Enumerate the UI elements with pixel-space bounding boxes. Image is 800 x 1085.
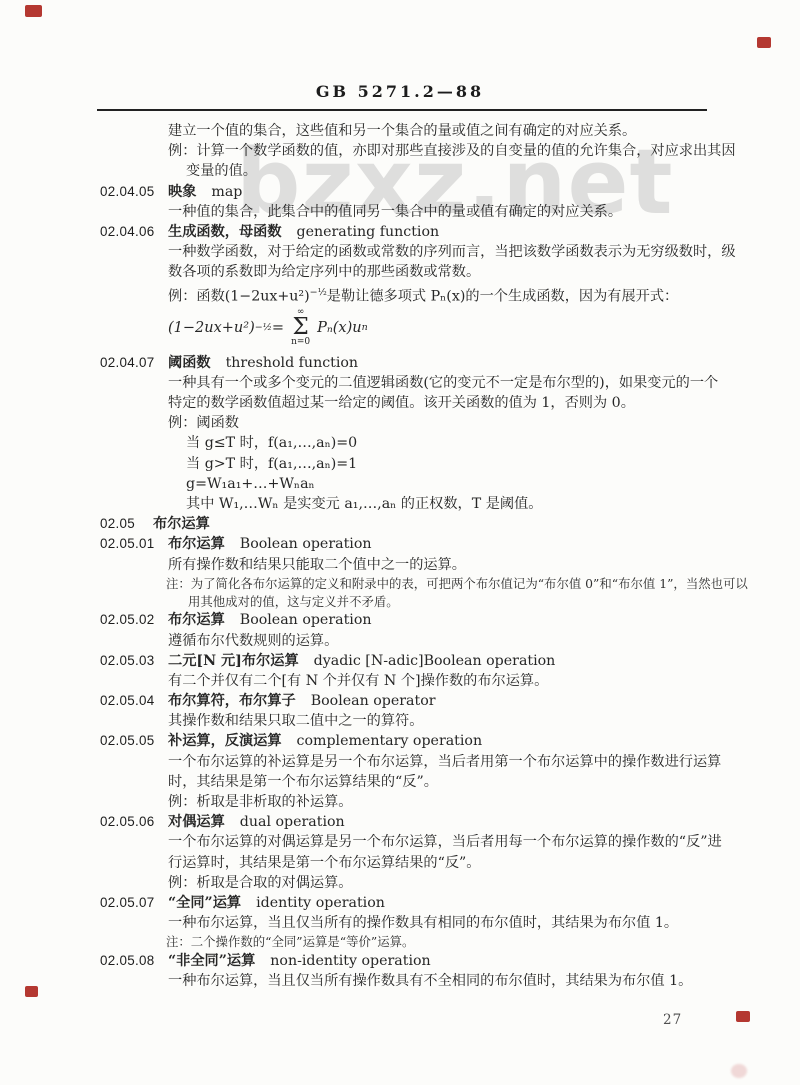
term-zh: 生成函数，母函数 [168, 224, 282, 240]
formula-rhs: Pₙ(x)u [317, 320, 361, 336]
term-en: Boolean operation [240, 536, 372, 552]
equals-sign: = [272, 320, 284, 336]
term-en: generating function [297, 224, 440, 240]
term-zh: “全同”运算 [168, 895, 241, 911]
equation-line: 当 g>T 时，f(a₁,…,aₙ)=1 [100, 454, 714, 474]
body-line: 一种数学函数，对于给定的函数或常数的序列而言，当把该数学函数表示为无穷级数时，级 [100, 242, 714, 262]
term-en: identity operation [256, 895, 385, 911]
body-line: 一个布尔运算的补运算是另一个布尔运算，当后者用第一个布尔运算中的操作数进行运算 [100, 752, 714, 772]
term-zh: 补运算，反演运算 [168, 733, 282, 749]
example-line: 例：析取是非析取的补运算。 [100, 792, 714, 812]
term-row: 02.05.08“非全同”运算non-identity operation [100, 951, 714, 971]
sigma-symbol: Σ [292, 317, 308, 338]
example-line: 变量的值。 [100, 161, 714, 181]
red-mark-top-left [25, 5, 42, 17]
formula-exponent: −½ [255, 322, 272, 333]
body-line: 数各项的系数即为给定序列中的那些函数或常数。 [100, 262, 714, 282]
terms-content: 建立一个值的集合，这些值和另一个集合的量或值之间有确定的对应关系。例：计算一个数… [100, 121, 714, 992]
body-line: 一个布尔运算的对偶运算是另一个布尔运算，当后者用每一个布尔运算的操作数的“反”进 [100, 832, 714, 852]
term-row: 02.05.07“全同”运算identity operation [100, 893, 714, 913]
red-mark-bottom-left [25, 986, 38, 997]
term-zh: 布尔算符，布尔算子 [168, 693, 296, 709]
body-line: 特定的数学函数值超过某一给定的阈值。该开关函数的值为 1，否则为 0。 [100, 393, 714, 413]
formula-equation: (1−2ux+u²)−½ = ∞Σn=0Pₙ(x)un [100, 303, 714, 353]
document-page: bzxz.net GB 5271.2—88 建立一个值的集合，这些值和另一个集合… [0, 0, 800, 1085]
page-number: 27 [663, 1012, 682, 1028]
section-row: 02.05布尔运算 [100, 514, 714, 534]
entry-number: 02.04.06 [100, 222, 168, 242]
entry-number: 02.04.07 [100, 353, 168, 373]
body-line: 一种布尔运算，当且仅当所有操作数具有不全相同的布尔值时，其结果为布尔值 1。 [100, 971, 714, 991]
entry-number: 02.05.07 [100, 893, 168, 913]
body-line: 所有操作数和结果只能取二个值中之一的运算。 [100, 555, 714, 575]
scan-smudge [731, 1064, 747, 1078]
body-line: 一种具有一个或多个变元的二值逻辑函数(它的变元不一定是布尔型的)，如果变元的一个 [100, 373, 714, 393]
example-line: 例：析取是合取的对偶运算。 [100, 873, 714, 893]
sigma-sum: ∞Σn=0 [291, 308, 310, 347]
body-line: 时，其结果是第一个布尔运算结果的“反”。 [100, 772, 714, 792]
term-zh: 二元[N 元]布尔运算 [168, 653, 299, 669]
term-row: 02.05.06对偶运算dual operation [100, 812, 714, 832]
term-zh: 布尔运算 [168, 536, 225, 552]
term-row: 02.04.07阈函数threshold function [100, 353, 714, 373]
formula-rhs-exponent: n [362, 322, 368, 333]
term-en: dyadic [N-adic]Boolean operation [314, 653, 556, 669]
red-mark-top-right [757, 37, 771, 48]
body-line: 一种值的集合，此集合中的值同另一集合中的量或值有确定的对应关系。 [100, 202, 714, 222]
term-zh: 映象 [168, 184, 196, 200]
note-line: 注：二个操作数的“全同”运算是“等价”运算。 [100, 933, 714, 951]
entry-number: 02.04.05 [100, 182, 168, 202]
entry-number: 02.05.06 [100, 812, 168, 832]
entry-number: 02.05.02 [100, 610, 168, 630]
term-row: 02.05.05补运算，反演运算complementary operation [100, 731, 714, 751]
note-line: 注：为了简化各布尔运算的定义和附录中的表，可把两个布尔值记为“布尔值 0”和“布… [100, 575, 714, 593]
term-en: non-identity operation [270, 953, 430, 969]
example-line: 例：计算一个数学函数的值，亦即对那些直接涉及的自变量的值的允许集合，对应求出其因 [100, 141, 714, 161]
example-line: 例：函数(1−2ux+u²)−½是勒让德多项式 Pₙ(x)的一个生成函数，因为有… [100, 283, 714, 303]
term-en: map [211, 184, 242, 200]
term-zh: 布尔运算 [168, 612, 225, 628]
equation-line: 当 g≤T 时，f(a₁,…,aₙ)=0 [100, 433, 714, 453]
section-title: 布尔运算 [153, 516, 210, 532]
term-row: 02.04.06生成函数，母函数generating function [100, 222, 714, 242]
body-line: 遵循布尔代数规则的运算。 [100, 631, 714, 651]
header-rule [97, 109, 707, 111]
standard-code-header: GB 5271.2—88 [0, 82, 800, 101]
term-en: threshold function [226, 355, 359, 371]
term-zh: 阈函数 [168, 355, 211, 371]
red-mark-bottom-right [736, 1011, 750, 1022]
entry-number: 02.05.01 [100, 534, 168, 554]
term-en: Boolean operation [240, 612, 372, 628]
entry-number: 02.05.03 [100, 651, 168, 671]
sigma-lower-limit: n=0 [291, 338, 310, 347]
body-line: 建立一个值的集合，这些值和另一个集合的量或值之间有确定的对应关系。 [100, 121, 714, 141]
term-en: Boolean operator [311, 693, 436, 709]
example-line: 例：阈函数 [100, 413, 714, 433]
term-zh: “非全同”运算 [168, 953, 255, 969]
body-line: 一种布尔运算，当且仅当所有的操作数具有相同的布尔值时，其结果为布尔值 1。 [100, 913, 714, 933]
body-line: 其操作数和结果只取二值中之一的算符。 [100, 711, 714, 731]
term-en: dual operation [240, 814, 345, 830]
note-line: 用其他成对的值，这与定义并不矛盾。 [100, 593, 714, 611]
term-row: 02.05.03二元[N 元]布尔运算dyadic [N-adic]Boolea… [100, 651, 714, 671]
inline-exponent: −½ [310, 287, 327, 298]
body-line: 行运算时，其结果是第一个布尔运算结果的“反”。 [100, 853, 714, 873]
entry-number: 02.05 [100, 514, 135, 534]
body-line: 有二个并仅有二个[有 N 个并仅有 N 个]操作数的布尔运算。 [100, 671, 714, 691]
equation-line: g=W₁a₁+…+Wₙaₙ [100, 474, 714, 494]
formula-lhs: (1−2ux+u²) [168, 320, 255, 336]
term-row: 02.05.01布尔运算Boolean operation [100, 534, 714, 554]
term-row: 02.04.05映象map [100, 182, 714, 202]
term-zh: 对偶运算 [168, 814, 225, 830]
equation-line: 其中 W₁,…Wₙ 是实变元 a₁,…,aₙ 的正权数，T 是阈值。 [100, 494, 714, 514]
term-row: 02.05.04布尔算符，布尔算子Boolean operator [100, 691, 714, 711]
term-en: complementary operation [297, 733, 483, 749]
entry-number: 02.05.08 [100, 951, 168, 971]
term-row: 02.05.02布尔运算Boolean operation [100, 610, 714, 630]
entry-number: 02.05.05 [100, 731, 168, 751]
entry-number: 02.05.04 [100, 691, 168, 711]
